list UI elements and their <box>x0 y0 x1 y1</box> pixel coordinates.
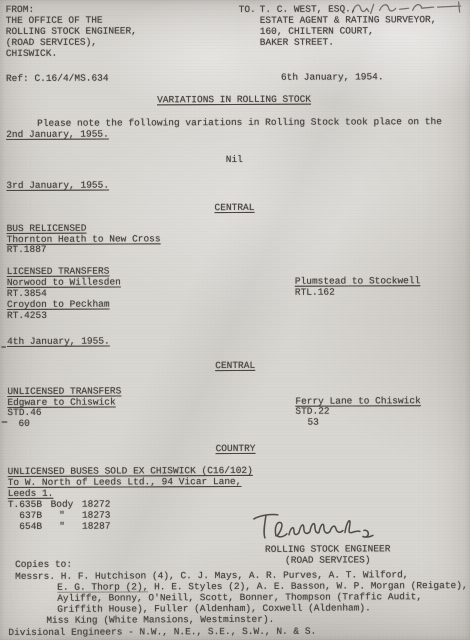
scanned-memo-page: FROM: THE OFFICE OF THE ROLLING STOCK EN… <box>0 0 470 640</box>
copies-label: Copies to: <box>15 560 72 571</box>
bus-relicensed-fleet: RT.1887 <box>7 245 47 256</box>
section-country: COUNTRY <box>1 443 470 456</box>
intro-date-row: 2nd January, 1955. <box>6 130 109 141</box>
pencil-underlined-name: E. G. Thorp (2), <box>57 582 148 592</box>
to-line: BAKER STREET. <box>260 38 334 49</box>
transfer-fleet: RTL.162 <box>295 288 335 299</box>
transfer-route: Norwood to Willesden <box>7 277 121 288</box>
sold-address-line: Leeds 1. <box>8 489 54 500</box>
transfer-fleet: RT.4253 <box>7 311 47 322</box>
intro-date: 2nd January, 1955. <box>6 129 109 140</box>
intro-text: Please note the following variations in … <box>37 117 442 129</box>
sold-fleet-row: 654B"18287 <box>8 522 111 533</box>
pencil-margin-mark <box>1 421 7 423</box>
copies-line: Miss King (White Mansions, Westminster). <box>46 615 274 626</box>
divisional-engineers-line: Divisional Engineers - N.W., N.E., S.E.,… <box>8 627 316 639</box>
to-label: TO. <box>239 5 256 16</box>
document-content: FROM: THE OFFICE OF THE ROLLING STOCK EN… <box>0 0 470 640</box>
section-central-1: CENTRAL <box>0 202 470 215</box>
transfer-route: Croydon to Peckham <box>7 300 110 311</box>
memo-title: VARIATIONS IN ROLLING STOCK <box>157 94 311 106</box>
memo-date: 6th January, 1954. <box>281 72 384 83</box>
ref-number: Ref: C.16/4/MS.634 <box>6 74 109 85</box>
transfer-count: 60 <box>18 419 29 430</box>
memo-title-row: VARIATIONS IN ROLLING STOCK <box>0 94 469 107</box>
transfer-fleet: STD.22 <box>295 407 329 418</box>
transfer-fleet: STD.46 <box>7 408 41 419</box>
sold-address-line: To W. North of Leeds Ltd., 94 Vicar Lane… <box>8 477 242 489</box>
from-line: CHISWICK. <box>6 49 57 60</box>
pencil-margin-mark <box>1 346 6 348</box>
transfer-count: 53 <box>307 418 318 429</box>
date-heading-4th: 4th January, 1955. <box>7 337 110 348</box>
transfer-route: Plumstead to Stockwell <box>295 276 420 287</box>
date-heading-3rd: 3rd January, 1955. <box>6 181 109 192</box>
signer-subtitle: (ROAD SERVICES) <box>285 555 371 566</box>
section-central-2: CENTRAL <box>0 360 470 373</box>
handwritten-signature <box>246 507 386 546</box>
nil-entry: Nil <box>0 154 469 167</box>
